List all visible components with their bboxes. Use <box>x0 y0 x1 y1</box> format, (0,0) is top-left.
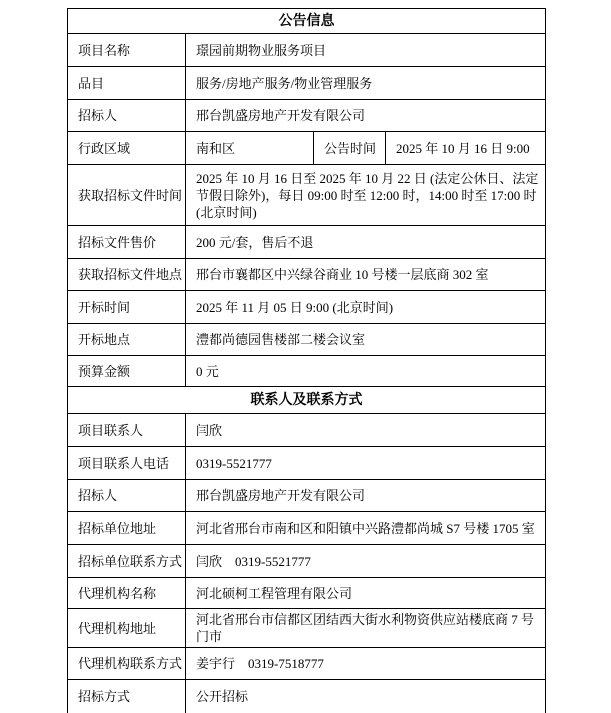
bidding-method-value: 公开招标 <box>186 680 546 713</box>
document-obtain-place-value: 邢台市襄都区中兴绿谷商业 10 号楼一层底商 302 室 <box>186 259 546 291</box>
project-contact-value: 闫欣 <box>186 414 546 447</box>
row-tenderer-address: 招标单位地址 河北省邢台市南和区和阳镇中兴路澧都尚城 S7 号楼 1705 室 <box>68 512 546 545</box>
agency-address-label: 代理机构地址 <box>68 609 186 648</box>
tenderer-contact-info-label: 招标单位联系方式 <box>68 545 186 578</box>
document-obtain-time-label: 获取招标文件时间 <box>68 165 186 226</box>
project-contact-phone-label: 项目联系人电话 <box>68 447 186 480</box>
bid-opening-time-label: 开标时间 <box>68 291 186 324</box>
row-tenderer-contact-info: 招标单位联系方式 闫欣 0319-5521777 <box>68 545 546 578</box>
tenderer-contact-label: 招标人 <box>68 480 186 512</box>
agency-name-label: 代理机构名称 <box>68 578 186 609</box>
tenderer-contact-value: 邢台凯盛房地产开发有限公司 <box>186 480 546 512</box>
budget-amount-value: 0 元 <box>186 356 546 387</box>
bid-opening-place-value: 澧都尚德园售楼部二楼会议室 <box>186 324 546 356</box>
agency-address-value: 河北省邢台市信都区团结西大街水利物资供应站楼底商 7 号门市 <box>186 609 546 648</box>
project-name-value: 璟园前期物业服务项目 <box>186 34 546 67</box>
row-bid-opening-place: 开标地点 澧都尚德园售楼部二楼会议室 <box>68 324 546 356</box>
row-document-obtain-time: 获取招标文件时间 2025 年 10 月 16 日至 2025 年 10 月 2… <box>68 165 546 226</box>
agency-contact-info-value: 姜宇行 0319-7518777 <box>186 648 546 680</box>
document-page: 公告信息 项目名称 璟园前期物业服务项目 品目 服务/房地产服务/物业管理服务 … <box>0 0 611 713</box>
project-contact-phone-value: 0319-5521777 <box>186 447 546 480</box>
tenderer-value: 邢台凯盛房地产开发有限公司 <box>186 100 546 132</box>
tenderer-address-label: 招标单位地址 <box>68 512 186 545</box>
document-price-label: 招标文件售价 <box>68 226 186 259</box>
publish-time-label: 公告时间 <box>314 132 386 165</box>
row-category: 品目 服务/房地产服务/物业管理服务 <box>68 67 546 100</box>
row-project-name: 项目名称 璟园前期物业服务项目 <box>68 34 546 67</box>
row-tenderer: 招标人 邢台凯盛房地产开发有限公司 <box>68 100 546 132</box>
row-tenderer-contact: 招标人 邢台凯盛房地产开发有限公司 <box>68 480 546 512</box>
agency-name-value: 河北硕柯工程管理有限公司 <box>186 578 546 609</box>
row-bidding-method: 招标方式 公开招标 <box>68 680 546 713</box>
row-agency-address: 代理机构地址 河北省邢台市信都区团结西大街水利物资供应站楼底商 7 号门市 <box>68 609 546 648</box>
announcement-section-title: 公告信息 <box>68 9 546 34</box>
tenderer-address-value: 河北省邢台市南和区和阳镇中兴路澧都尚城 S7 号楼 1705 室 <box>186 512 546 545</box>
bid-opening-time-value: 2025 年 11 月 05 日 9:00 (北京时间) <box>186 291 546 324</box>
document-price-value: 200 元/套，售后不退 <box>186 226 546 259</box>
category-value: 服务/房地产服务/物业管理服务 <box>186 67 546 100</box>
row-bid-opening-time: 开标时间 2025 年 11 月 05 日 9:00 (北京时间) <box>68 291 546 324</box>
publish-time-value: 2025 年 10 月 16 日 9:00 <box>386 132 546 165</box>
row-project-contact-phone: 项目联系人电话 0319-5521777 <box>68 447 546 480</box>
tenderer-contact-info-value: 闫欣 0319-5521777 <box>186 545 546 578</box>
contacts-section-title: 联系人及联系方式 <box>68 387 546 414</box>
row-project-contact: 项目联系人 闫欣 <box>68 414 546 447</box>
row-document-price: 招标文件售价 200 元/套，售后不退 <box>68 226 546 259</box>
row-agency-contact-info: 代理机构联系方式 姜宇行 0319-7518777 <box>68 648 546 680</box>
category-label: 品目 <box>68 67 186 100</box>
bid-opening-place-label: 开标地点 <box>68 324 186 356</box>
region-value: 南和区 <box>186 132 314 165</box>
document-obtain-place-label: 获取招标文件地点 <box>68 259 186 291</box>
row-agency-name: 代理机构名称 河北硕柯工程管理有限公司 <box>68 578 546 609</box>
section-header-announcement: 公告信息 <box>68 9 546 34</box>
tenderer-label: 招标人 <box>68 100 186 132</box>
bidding-method-label: 招标方式 <box>68 680 186 713</box>
project-contact-label: 项目联系人 <box>68 414 186 447</box>
region-label: 行政区域 <box>68 132 186 165</box>
section-header-contacts: 联系人及联系方式 <box>68 387 546 414</box>
row-region-and-publish-time: 行政区域 南和区 公告时间 2025 年 10 月 16 日 9:00 <box>68 132 546 165</box>
bid-announcement-table: 公告信息 项目名称 璟园前期物业服务项目 品目 服务/房地产服务/物业管理服务 … <box>67 8 546 713</box>
document-obtain-time-value: 2025 年 10 月 16 日至 2025 年 10 月 22 日 (法定公休… <box>186 165 546 226</box>
agency-contact-info-label: 代理机构联系方式 <box>68 648 186 680</box>
project-name-label: 项目名称 <box>68 34 186 67</box>
budget-amount-label: 预算金额 <box>68 356 186 387</box>
row-budget-amount: 预算金额 0 元 <box>68 356 546 387</box>
row-document-obtain-place: 获取招标文件地点 邢台市襄都区中兴绿谷商业 10 号楼一层底商 302 室 <box>68 259 546 291</box>
